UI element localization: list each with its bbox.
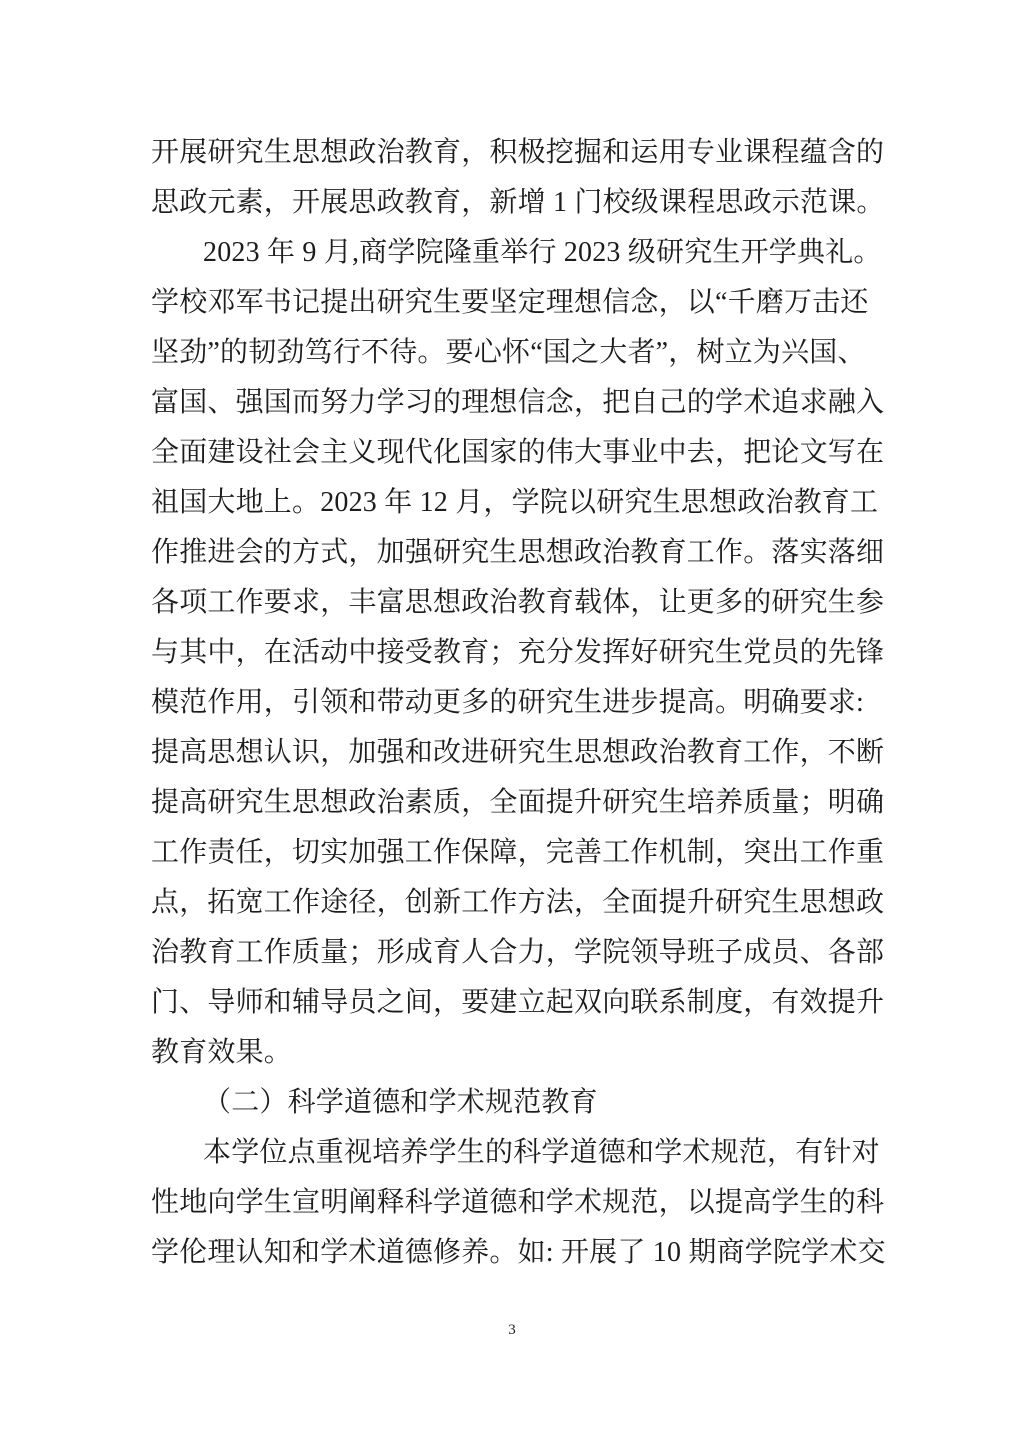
- text-line: 本学位点重视培养学生的科学道德和学术规范，有针对: [151, 1128, 891, 1178]
- document-page: 开展研究生思想政治教育，积极挖掘和运用专业课程蕴含的思政元素，开展思政教育，新增…: [0, 0, 1024, 1448]
- text-line: 作推进会的方式，加强研究生思想政治教育工作。落实落细: [151, 528, 891, 578]
- text-line: （二）科学道德和学术规范教育: [151, 1078, 891, 1128]
- text-line: 祖国大地上。2023 年 12 月，学院以研究生思想政治教育工: [151, 478, 891, 528]
- text-line: 教育效果。: [151, 1028, 891, 1078]
- text-line: 提高思想认识，加强和改进研究生思想政治教育工作，不断: [151, 728, 891, 778]
- text-line: 提高研究生思想政治素质，全面提升研究生培养质量；明确: [151, 778, 891, 828]
- text-line: 各项工作要求，丰富思想政治教育载体，让更多的研究生参: [151, 578, 891, 628]
- text-line: 学校邓军书记提出研究生要坚定理想信念，以“千磨万击还: [151, 278, 891, 328]
- text-line: 工作责任，切实加强工作保障，完善工作机制，突出工作重: [151, 828, 891, 878]
- text-line: 开展研究生思想政治教育，积极挖掘和运用专业课程蕴含的: [151, 128, 891, 178]
- text-line: 与其中，在活动中接受教育；充分发挥好研究生党员的先锋: [151, 628, 891, 678]
- text-line: 2023 年 9 月,商学院隆重举行 2023 级研究生开学典礼。: [151, 228, 891, 278]
- text-line: 性地向学生宣明阐释科学道德和学术规范，以提高学生的科: [151, 1178, 891, 1228]
- text-line: 全面建设社会主义现代化国家的伟大事业中去，把论文写在: [151, 428, 891, 478]
- text-line: 思政元素，开展思政教育，新增 1 门校级课程思政示范课。: [151, 178, 891, 228]
- text-line: 治教育工作质量；形成育人合力，学院领导班子成员、各部: [151, 928, 891, 978]
- text-line: 坚劲”的韧劲笃行不待。要心怀“国之大者”，树立为兴国、: [151, 328, 891, 378]
- text-line: 学伦理认知和学术道德修养。如: 开展了 10 期商学院学术交: [151, 1228, 891, 1278]
- document-body: 开展研究生思想政治教育，积极挖掘和运用专业课程蕴含的思政元素，开展思政教育，新增…: [151, 128, 891, 1278]
- text-line: 模范作用，引领和带动更多的研究生进步提高。明确要求:: [151, 678, 891, 728]
- text-line: 点，拓宽工作途径，创新工作方法，全面提升研究生思想政: [151, 878, 891, 928]
- page-number: 3: [0, 1320, 1024, 1340]
- text-line: 门、导师和辅导员之间，要建立起双向联系制度，有效提升: [151, 978, 891, 1028]
- text-line: 富国、强国而努力学习的理想信念，把自己的学术追求融入: [151, 378, 891, 428]
